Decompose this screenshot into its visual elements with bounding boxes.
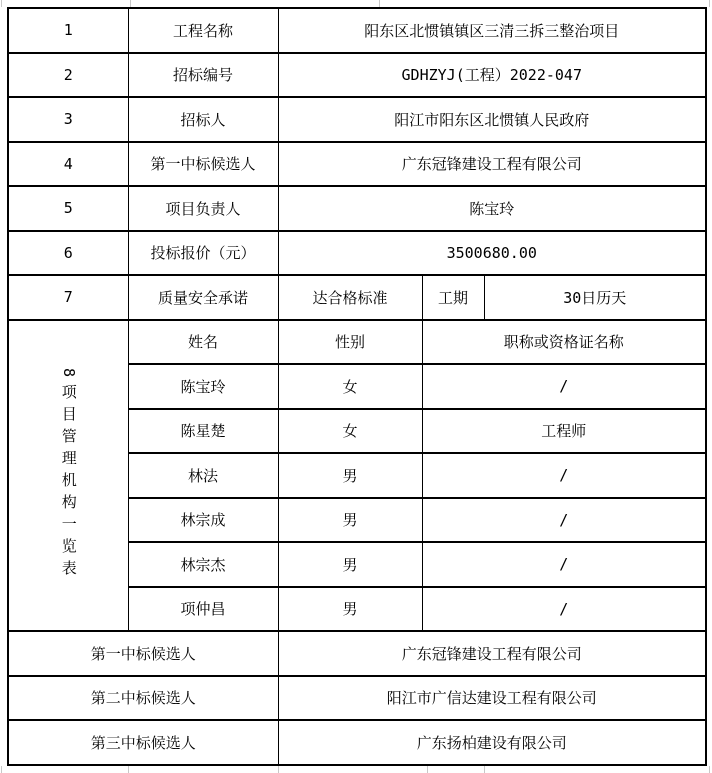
staff-name: 林宗成 xyxy=(128,498,278,543)
section8-title-cell: 8项目管理机构一览表 xyxy=(8,320,128,632)
row-value: 阳东区北惯镇镇区三清三拆三整治项目 xyxy=(278,8,706,53)
staff-col-header-gender: 性别 xyxy=(278,320,422,365)
staff-cert: / xyxy=(422,364,706,409)
row-label: 投标报价（元） xyxy=(128,231,278,276)
gridline-stub xyxy=(128,766,129,773)
staff-gender: 男 xyxy=(278,542,422,587)
section8-vertical-title: 8项目管理机构一览表 xyxy=(61,368,76,582)
duration-value: 30日历天 xyxy=(484,275,706,320)
row-value: 陈宝玲 xyxy=(278,186,706,231)
row-number: 4 xyxy=(8,142,128,187)
candidate-row: 第三中标候选人 广东扬柏建设有限公司 xyxy=(8,720,706,765)
row-value: 广东冠锋建设工程有限公司 xyxy=(278,142,706,187)
table-row: 1 工程名称 阳东区北惯镇镇区三清三拆三整治项目 xyxy=(8,8,706,53)
duration-label: 工期 xyxy=(422,275,484,320)
section8-number: 8 xyxy=(60,368,78,384)
row-value: GDHZYJ(工程）2022-047 xyxy=(278,53,706,98)
staff-name: 林法 xyxy=(128,453,278,498)
staff-gender: 男 xyxy=(278,453,422,498)
row-label: 第一中标候选人 xyxy=(128,142,278,187)
candidate-label: 第二中标候选人 xyxy=(8,676,278,721)
quality-value: 达合格标准 xyxy=(278,275,422,320)
row-number: 7 xyxy=(8,275,128,320)
gridline-stub xyxy=(278,766,279,773)
staff-name: 林宗杰 xyxy=(128,542,278,587)
candidate-value: 广东冠锋建设工程有限公司 xyxy=(278,631,706,676)
staff-cert: / xyxy=(422,498,706,543)
table-row: 6 投标报价（元） 3500680.00 xyxy=(8,231,706,276)
row-label: 工程名称 xyxy=(128,8,278,53)
candidate-row: 第一中标候选人 广东冠锋建设工程有限公司 xyxy=(8,631,706,676)
staff-cert: / xyxy=(422,587,706,632)
section8-title: 项目管理机构一览表 xyxy=(60,384,78,582)
row-number: 2 xyxy=(8,53,128,98)
gridline-stub xyxy=(1,0,2,7)
row-number: 1 xyxy=(8,8,128,53)
staff-cert: 工程师 xyxy=(422,409,706,454)
table-row-quality: 7 质量安全承诺 达合格标准 工期 30日历天 xyxy=(8,275,706,320)
candidate-row: 第二中标候选人 阳江市广信达建设工程有限公司 xyxy=(8,676,706,721)
gridline-stub xyxy=(709,766,710,773)
row-number: 3 xyxy=(8,97,128,142)
row-number: 6 xyxy=(8,231,128,276)
row-value: 3500680.00 xyxy=(278,231,706,276)
table-row: 2 招标编号 GDHZYJ(工程）2022-047 xyxy=(8,53,706,98)
table-row: 5 项目负责人 陈宝玲 xyxy=(8,186,706,231)
staff-header-row: 8项目管理机构一览表 姓名 性别 职称或资格证名称 xyxy=(8,320,706,365)
staff-cert: / xyxy=(422,542,706,587)
candidate-label: 第三中标候选人 xyxy=(8,720,278,765)
staff-gender: 女 xyxy=(278,409,422,454)
row-label: 招标人 xyxy=(128,97,278,142)
row-number: 5 xyxy=(8,186,128,231)
gridline-stub xyxy=(1,766,2,773)
gridline-stub xyxy=(379,0,380,7)
bid-result-table: 1 工程名称 阳东区北惯镇镇区三清三拆三整治项目 2 招标编号 GDHZYJ(工… xyxy=(7,7,707,766)
table-row: 4 第一中标候选人 广东冠锋建设工程有限公司 xyxy=(8,142,706,187)
candidate-value: 广东扬柏建设有限公司 xyxy=(278,720,706,765)
row-value: 阳江市阳东区北惯镇人民政府 xyxy=(278,97,706,142)
candidate-label: 第一中标候选人 xyxy=(8,631,278,676)
staff-name: 项仲昌 xyxy=(128,587,278,632)
gridline-stub xyxy=(484,766,485,773)
staff-col-header-cert: 职称或资格证名称 xyxy=(422,320,706,365)
gridline-stub xyxy=(130,0,131,7)
staff-gender: 男 xyxy=(278,498,422,543)
gridline-stub xyxy=(709,0,710,7)
staff-cert: / xyxy=(422,453,706,498)
staff-name: 陈星楚 xyxy=(128,409,278,454)
bid-result-document: 1 工程名称 阳东区北惯镇镇区三清三拆三整治项目 2 招标编号 GDHZYJ(工… xyxy=(0,0,712,773)
staff-gender: 女 xyxy=(278,364,422,409)
staff-col-header-name: 姓名 xyxy=(128,320,278,365)
row-label: 质量安全承诺 xyxy=(128,275,278,320)
candidate-value: 阳江市广信达建设工程有限公司 xyxy=(278,676,706,721)
gridline-stub xyxy=(427,766,428,773)
staff-name: 陈宝玲 xyxy=(128,364,278,409)
table-row: 3 招标人 阳江市阳东区北惯镇人民政府 xyxy=(8,97,706,142)
row-label: 项目负责人 xyxy=(128,186,278,231)
row-label: 招标编号 xyxy=(128,53,278,98)
staff-gender: 男 xyxy=(278,587,422,632)
